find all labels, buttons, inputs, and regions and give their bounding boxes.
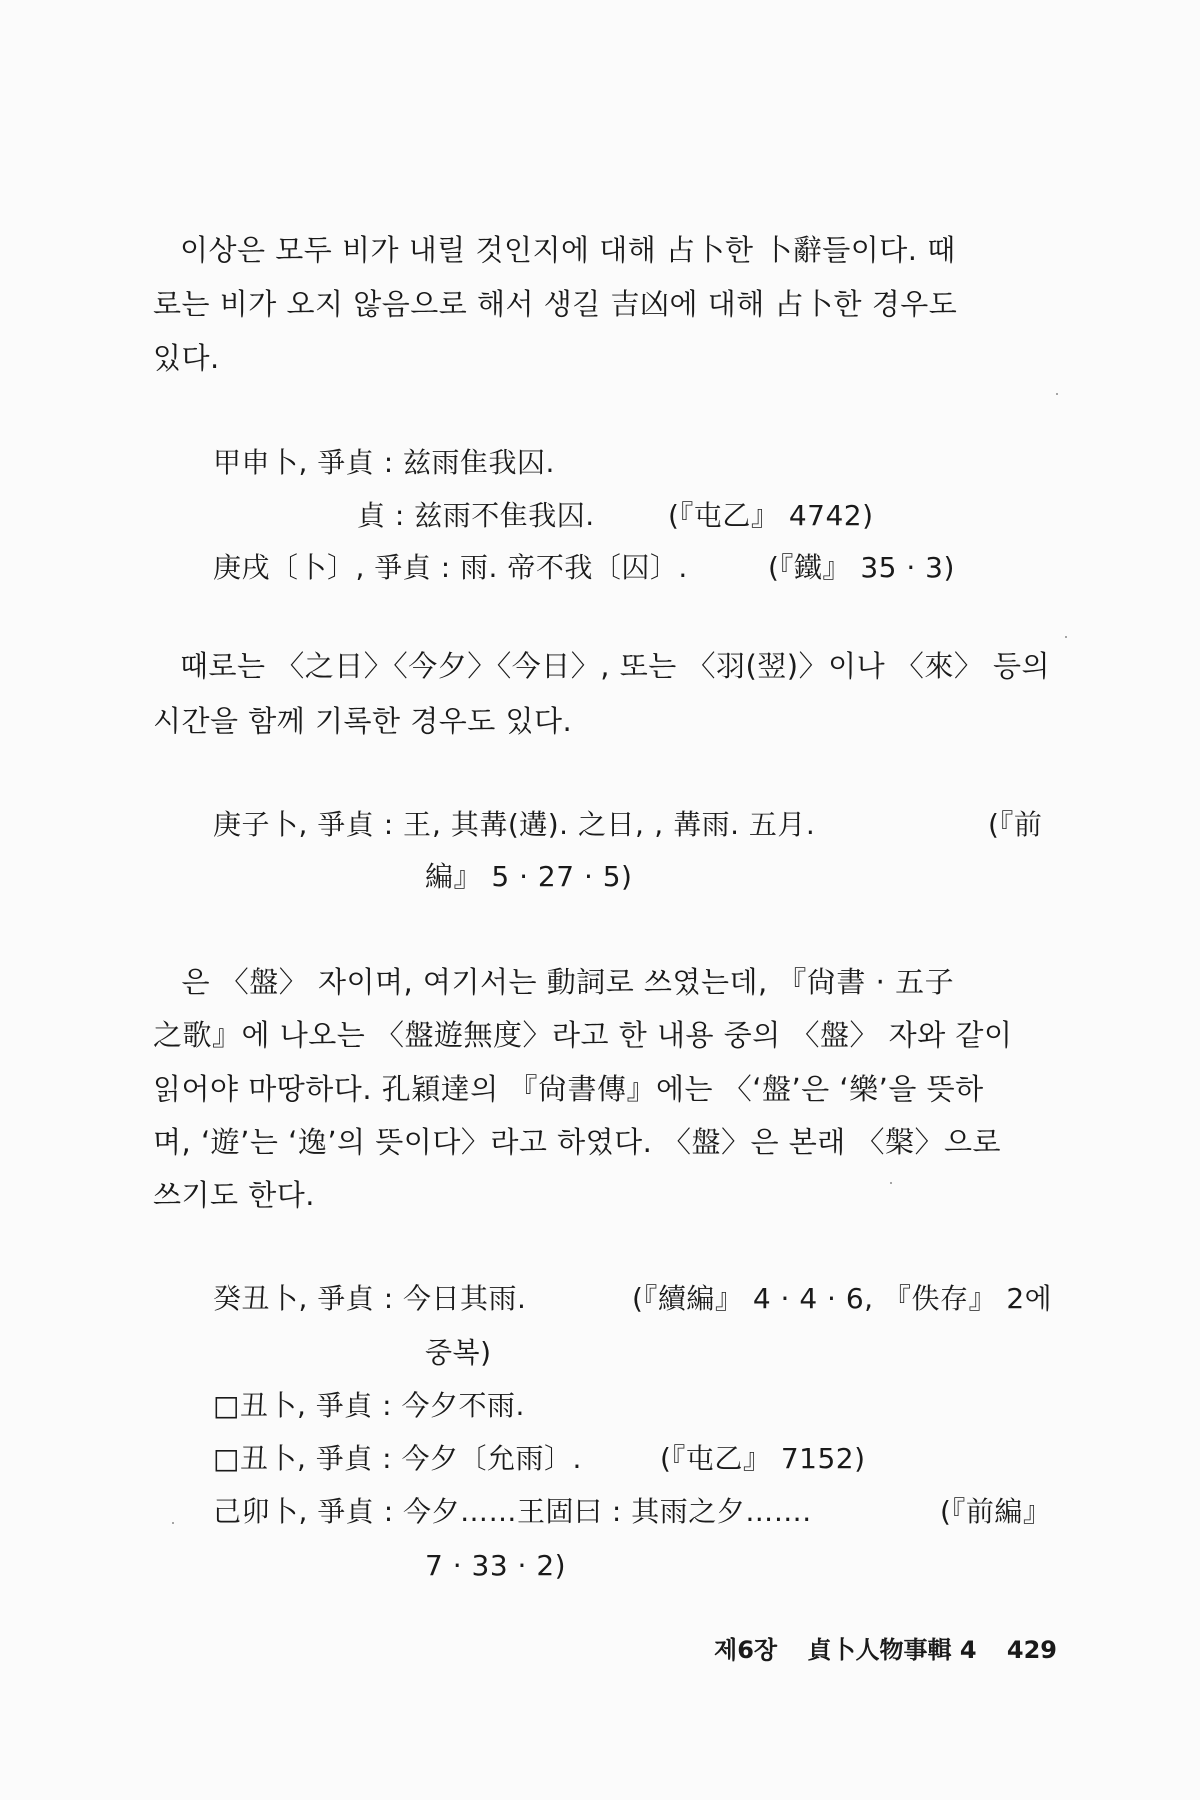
scan-speck xyxy=(1056,393,1058,395)
paragraph-3-line-5: 쓰기도 한다. xyxy=(153,1175,315,1215)
paragraph-2-line-2: 시간을 함께 기록한 경우도 있다. xyxy=(153,701,572,741)
inscription-1-line-2: 貞 : 兹雨不隹我囚. xyxy=(357,496,595,536)
inscription-1-cite-2: (『屯乙』 4742) xyxy=(668,496,874,536)
page-number: 429 xyxy=(1007,1636,1057,1664)
inscription-3-cite-4-cont: 7 · 33 · 2) xyxy=(425,1546,566,1586)
inscription-3-cite-1-cont: 중복) xyxy=(425,1333,492,1373)
inscription-2-cite-1-cont: 編』 5 · 27 · 5) xyxy=(425,857,633,897)
scan-speck xyxy=(1065,636,1067,638)
footer-title: 貞卜人物事輯 4 xyxy=(807,1636,976,1664)
inscription-1-line-3: 庚戌〔卜〕, 爭貞 : 雨. 帝不我〔囚〕. xyxy=(213,548,688,588)
inscription-1-line-1: 甲申卜, 爭貞 : 兹雨隹我囚. xyxy=(213,443,555,483)
paragraph-1-line-1: 이상은 모두 비가 내릴 것인지에 대해 占卜한 卜辭들이다. 때 xyxy=(180,230,956,270)
paragraph-1-line-3: 있다. xyxy=(153,338,220,378)
paragraph-1-line-2: 로는 비가 오지 않음으로 해서 생길 吉凶에 대해 占卜한 경우도 xyxy=(153,284,957,324)
paragraph-3-line-3: 읽어야 마땅하다. 孔穎達의 『尙書傳』에는 〈‘盤’은 ‘樂’을 뜻하 xyxy=(153,1069,984,1109)
paragraph-2-line-1: 때로는 〈之日〉〈今夕〉〈今日〉, 또는 〈羽(翌)〉이나 〈來〉 등의 xyxy=(180,646,1050,686)
scan-speck xyxy=(172,1522,174,1524)
inscription-1-cite-3: (『鐵』 35 · 3) xyxy=(768,548,955,588)
paragraph-3-line-1: 〈𣃔〉은 〈盤〉 자이며, 여기서는 動詞로 쓰였는데, 『尙書 · 五子 xyxy=(180,962,954,1002)
inscription-2-cite-1: (『前 xyxy=(988,805,1042,845)
paragraph-3-line-2: 之歌』에 나오는 〈盤遊無度〉라고 한 내용 중의 〈盤〉 자와 같이 xyxy=(153,1015,1012,1055)
inscription-3-cite-4: (『前編』 xyxy=(940,1492,1051,1532)
inscription-2-line-1: 庚子卜, 爭貞 : 王𣃔, 其冓(遘). 之日, 𣃔, 冓雨. 五月. xyxy=(213,805,815,845)
scan-speck xyxy=(890,1182,892,1184)
inscription-3-line-3: □丑卜, 爭貞 : 今夕〔允雨〕. xyxy=(213,1439,582,1479)
inscription-3-cite-3: (『屯乙』 7152) xyxy=(660,1439,866,1479)
footer-chapter: 제6장 xyxy=(714,1636,777,1664)
inscription-3-cite-1: (『續編』 4 · 4 · 6, 『佚存』 2에 xyxy=(632,1279,1052,1319)
inscription-3-line-1: 癸丑卜, 爭貞 : 今日其雨. xyxy=(213,1279,526,1319)
inscription-3-line-2: □丑卜, 爭貞 : 今夕不雨. xyxy=(213,1386,525,1426)
paragraph-3-line-4: 며, ‘遊’는 ‘逸’의 뜻이다〉라고 하였다. 〈盤〉은 본래 〈槃〉으로 xyxy=(153,1122,1001,1162)
running-footer: 제6장 貞卜人物事輯 4 429 xyxy=(714,1630,1057,1665)
inscription-3-line-4: 己卯卜, 爭貞 : 今夕……王固曰 : 其雨之夕……. xyxy=(213,1492,812,1532)
